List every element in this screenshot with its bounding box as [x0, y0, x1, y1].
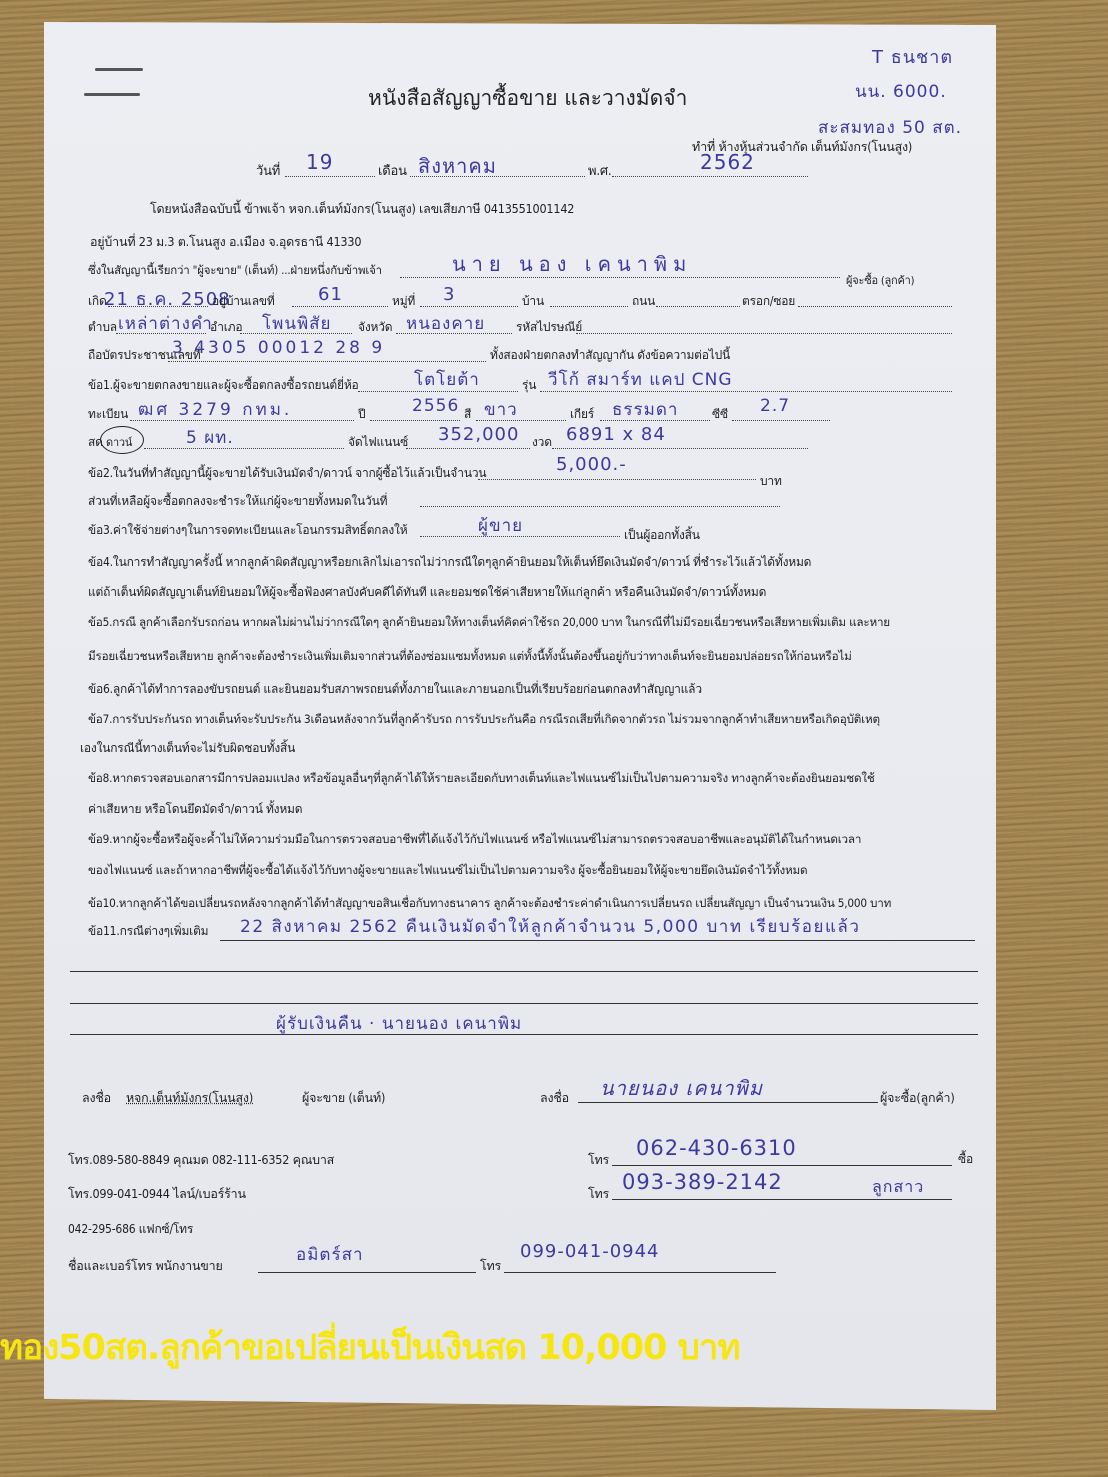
province-value: หนองคาย — [406, 310, 485, 337]
id-value: 3 4305 00012 28 9 — [172, 338, 385, 358]
clause11-line-3 — [70, 1003, 978, 1004]
seller-sign-name: หจก.เต็นท์มังกร(โนนสูง) — [126, 1088, 253, 1108]
id-line — [168, 361, 486, 362]
buyer-phone1-line — [612, 1165, 952, 1166]
car-year-line — [370, 420, 460, 421]
buyer-sign-role: ผู้จะซื้อ(ลูกค้า) — [880, 1088, 955, 1108]
alley-label: ตรอก/ซอย — [742, 292, 795, 311]
year-label-car: ปี — [358, 405, 365, 424]
moo-value: 3 — [443, 284, 455, 305]
clause-line: แต่ถ้าเต็นท์ผิดสัญญาเต็นท์ยินยอมให้ผู้จะ… — [88, 583, 766, 602]
deposit-amount: 5,000.- — [556, 454, 627, 475]
corner-note-bank: T ธนชาต — [872, 42, 953, 71]
car-registration: ฒศ 3279 กทม. — [138, 396, 292, 423]
car-year: 2556 — [412, 396, 459, 416]
year-value: 2562 — [700, 150, 755, 174]
clause-line: ข้อ4.ในการทำสัญญาครั้งนี้ หากลูกค้าผิดสั… — [88, 553, 811, 572]
moo-label: หมู่ที่ — [392, 292, 415, 311]
clause-line: ข้อ6.ลูกค้าได้ทำการลองขับรถยนต์ และยินยอ… — [88, 680, 702, 699]
sales-label: ชื่อและเบอร์โทร พนักงานขาย — [68, 1256, 223, 1276]
clause-line: ข้อ7.การรับประกันรถ ทางเต็นท์จะรับประกัน… — [88, 711, 880, 729]
clause11-line-2 — [70, 971, 978, 972]
year-field-line — [612, 176, 808, 177]
village-line — [550, 306, 628, 307]
gear-label: เกียร์ — [570, 405, 594, 424]
buyer-signature: นายนอง เคนาพิม — [600, 1072, 763, 1104]
buyer-phone1: 062-430-6310 — [636, 1136, 797, 1160]
alley-line — [798, 306, 952, 307]
moo-line — [420, 306, 518, 307]
finance-line — [406, 448, 530, 449]
clause11-line-4 — [70, 1034, 978, 1035]
clause-line: ของไฟแนนซ์ และถ้าหากอาชีพที่ผู้จะซื้อได้… — [88, 862, 807, 880]
clause11-line-1 — [220, 940, 975, 941]
car-gear: ธรรมดา — [612, 396, 678, 423]
staple-mark — [95, 68, 143, 71]
clause11-note: 22 สิงหาคม 2562 คืนเงินมัดจำให้ลูกค้าจำน… — [240, 913, 860, 940]
overlay-caption: ทอง50สต.ลูกค้าขอเปลี่ยนเป็นเงินสด 10,000… — [0, 1320, 1108, 1375]
clause-line: ข้อ8.หากตรวจสอบเอกสารมีการปลอมแปลง หรือข… — [88, 770, 875, 788]
car-model: วีโก้ สมาร์ท แคป CNG — [548, 366, 733, 393]
down-value: 5 ผท. — [186, 424, 234, 451]
shop-contact-1: โทร.089-580-8849 คุณมด 082-111-6352 คุณบ… — [68, 1150, 334, 1170]
corner-note-weight: นน. 6000. — [855, 78, 947, 105]
document-title: หนังสือสัญญาซื้อขาย และวางมัดจำ — [368, 82, 687, 115]
district-value: โพนพิสัย — [262, 310, 332, 337]
road-line — [656, 306, 740, 307]
postcode-label: รหัสไปรษณีย์ — [516, 318, 582, 337]
buyer-phone1-label: โทร — [588, 1150, 609, 1170]
intro-line-1: โดยหนังสือฉบับนี้ ข้าพเจ้า หจก.เต็นท์มัง… — [150, 199, 574, 219]
year-label: พ.ศ. — [588, 160, 611, 181]
fees-payer: ผู้ขาย — [478, 512, 523, 539]
buyer-phone1-suffix: ซื้อ — [958, 1150, 973, 1169]
seller-sign-role: ผู้จะขาย (เต็นท์) — [302, 1088, 385, 1108]
buyer-phone2: 093-389-2142 — [622, 1170, 783, 1194]
intro-line-2: อยู่บ้านที่ 23 ม.3 ต.โนนสูง อ.เมือง จ.อุ… — [90, 232, 361, 252]
sales-phone-line — [504, 1272, 776, 1273]
deposit-line — [478, 479, 756, 480]
house-label: อยู่บ้านเลขที่ — [212, 292, 275, 311]
seller-sign-label: ลงชื่อ — [82, 1088, 111, 1108]
sales-phone-label: โทร — [480, 1256, 501, 1276]
down-label: ดาวน์ — [106, 433, 132, 451]
month-value: สิงหาคม — [418, 150, 497, 182]
installment-label: งวด — [532, 433, 552, 452]
staple-mark — [84, 93, 140, 96]
clause-line: ข้อ9.หากผู้จะซื้อหรือผู้จะค้ำไม่ให้ความร… — [88, 831, 861, 849]
finance-value: 352,000 — [438, 424, 519, 445]
village-label: บ้าน — [522, 292, 544, 311]
sales-phone: 099-041-0944 — [520, 1241, 660, 1262]
road-label: ถนน — [632, 292, 655, 311]
clause-line: มีรอยเฉี่ยวชนหรือเสียหาย ลูกค้าจะต้องชำร… — [88, 648, 852, 666]
remaining-line — [420, 506, 780, 507]
remaining-label: ส่วนที่เหลือผู้จะซื้อตกลงจะชำระให้แก่ผู้… — [88, 492, 387, 511]
color-label: สี — [464, 405, 471, 424]
shop-contact-3: 042-295-686 แฟกซ์/โทร — [68, 1220, 193, 1239]
sales-name-line — [258, 1272, 476, 1273]
buyer-phone2-suffix: ลูกสาว — [872, 1175, 924, 1200]
car-cc: 2.7 — [760, 396, 790, 416]
province-label: จังหวัด — [358, 318, 392, 337]
installment-line — [552, 448, 808, 449]
sales-name: อมิตร์สา — [296, 1241, 364, 1268]
district-label: อำเภอ — [210, 318, 242, 337]
day-field-line — [285, 176, 375, 177]
shop-contact-2: โทร.099-041-0944 ไลน์/เบอร์ร้าน — [68, 1184, 246, 1204]
down-line — [144, 448, 344, 449]
postcode-line — [576, 333, 952, 334]
clause-line: ค่าเสียหาย หรือโดนยึดมัดจำ/ดาวน์ ทั้งหมด — [88, 800, 302, 819]
clause-line: เองในกรณีนี้ทางเต็นท์จะไม่รับผิดชอบทั้งส… — [80, 739, 295, 758]
reg-label: ทะเบียน — [88, 405, 128, 424]
car-brand: โตโยต้า — [414, 366, 480, 393]
car-color: ขาว — [484, 396, 518, 423]
subdistrict-label: ตำบล — [88, 318, 117, 337]
seller-label: ซึ่งในสัญญานี้เรียกว่า "ผู้จะขาย" (เต็นท… — [88, 262, 382, 280]
house-value: 61 — [318, 284, 343, 305]
clause1-label: ข้อ1.ผู้จะขายตกลงขายและผู้จะซื้อตกลงซื้อ… — [88, 376, 359, 395]
installment-value: 6891 x 84 — [566, 424, 666, 445]
day-value: 19 — [306, 150, 333, 174]
buyer-suffix: ผู้จะซื้อ (ลูกค้า) — [846, 271, 914, 289]
clause2-label: ข้อ2.ในวันที่ทำสัญญานี้ผู้จะขายได้รับเงิ… — [88, 464, 486, 483]
finance-label: จัดไฟแนนซ์ — [348, 433, 408, 452]
buyer-name: นาย นอง เคนาพิม — [452, 248, 692, 280]
model-label: รุ่น — [522, 376, 536, 395]
subdistrict-value: เหล่าต่างคำ — [118, 310, 213, 337]
month-label: เดือน — [378, 160, 407, 181]
clause11-label: ข้อ11.กรณีต่างๆเพิ่มเติม — [88, 922, 208, 941]
buyer-phone2-label: โทร — [588, 1184, 609, 1204]
cc-label: ซีซี — [712, 405, 728, 424]
cc-line — [732, 420, 830, 421]
clause-line: ข้อ10.หากลูกค้าได้ขอเปลี่ยนรถหลังจากลูกค… — [88, 895, 891, 913]
deposit-unit: บาท — [760, 472, 782, 491]
clause3-label: ข้อ3.ค่าใช้จ่ายต่างๆในการจดทะเบียนและโอน… — [88, 521, 407, 540]
fees-suffix: เป็นผู้ออกทั้งสิ้น — [624, 526, 700, 545]
clause-line: ข้อ5.กรณี ลูกค้าเลือกรับรถก่อน หากผลไม่ผ… — [88, 614, 890, 632]
id-suffix: ทั้งสองฝ่ายตกลงทำสัญญากัน ดังข้อความต่อไ… — [490, 346, 730, 365]
refund-receiver-note: ผู้รับเงินคืน · นายนอง เคนาพิม — [276, 1010, 522, 1037]
buyer-sign-label: ลงชื่อ — [540, 1088, 569, 1108]
day-label: วันที่ — [256, 160, 280, 181]
house-line — [292, 306, 388, 307]
